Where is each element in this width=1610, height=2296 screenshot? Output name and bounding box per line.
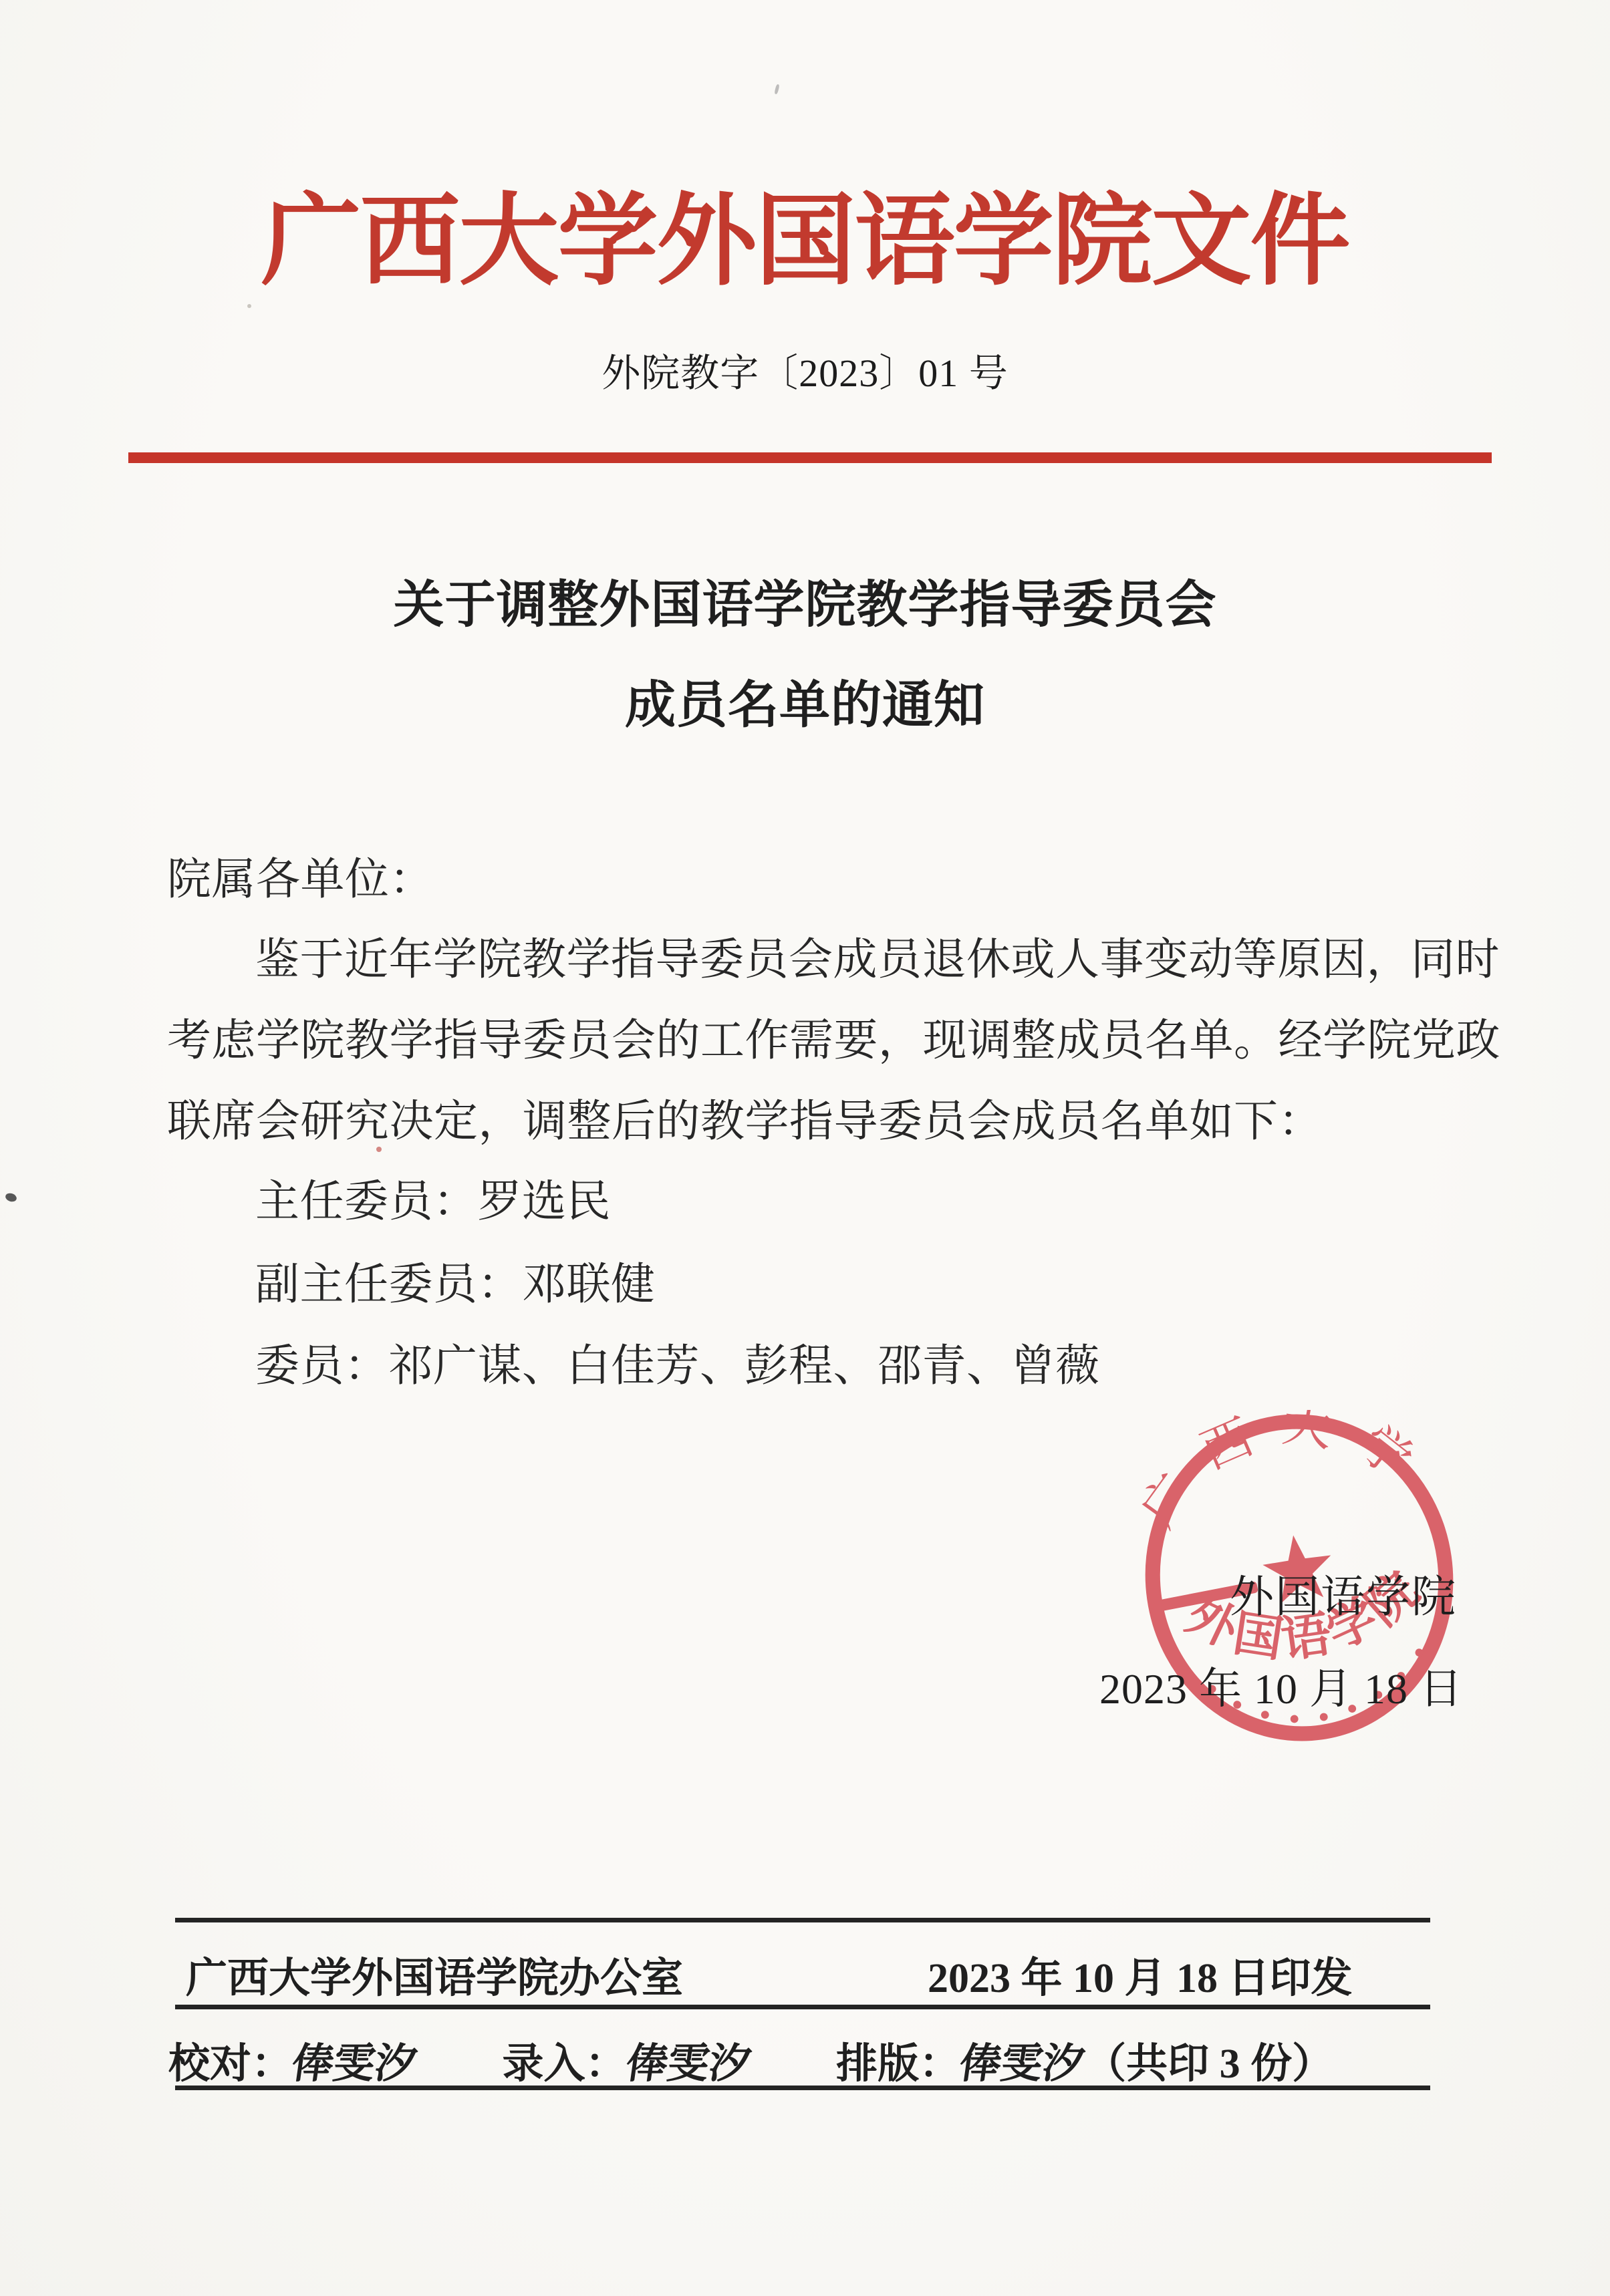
body-line: 联席会研究决定，调整后的教学指导委员会成员名单如下： xyxy=(167,1097,1323,1147)
scan-speck xyxy=(247,304,251,308)
footer-copies: （共印 3 份） xyxy=(1085,2030,1333,2090)
footer-proofreader-label: 校对： xyxy=(168,2041,293,2087)
footer-layout-name: 俸雯汐 xyxy=(956,2030,1089,2090)
footer-proofreader: 校对：俸雯汐 xyxy=(168,2030,417,2090)
member-line-vice-chair: 副主任委员：邓联健 xyxy=(255,1260,656,1310)
notice-title-line1: 关于调整外国语学院教学指导委员会 xyxy=(0,577,1610,633)
footer-proofreader-name: 俸雯汐 xyxy=(289,2030,422,2090)
scan-speck xyxy=(5,1192,18,1203)
footer-rule-middle xyxy=(175,2005,1430,2009)
document-page: 广西大学外国语学院文件 外院教字〔2023〕01 号 关于调整外国语学院教学指导… xyxy=(0,0,1610,2296)
scan-speck xyxy=(774,84,779,95)
footer-staff-row: 校对：俸雯汐 录入：俸雯汐 排版：俸雯汐（共印 3 份） xyxy=(168,2030,1333,2090)
member-line-members: 委员：祁广谋、白佳芳、彭程、邵青、曾薇 xyxy=(255,1342,1100,1391)
salutation: 院属各单位： xyxy=(167,855,434,905)
footer-typist: 录入：俸雯汐 xyxy=(503,2030,751,2090)
document-number: 外院教字〔2023〕01 号 xyxy=(0,350,1610,397)
body-line: 鉴于近年学院教学指导委员会成员退休或人事变动等原因，同时 xyxy=(255,936,1500,985)
footer-print-date: 2023 年 10 月 18 日印发 xyxy=(928,1945,1353,2004)
footer-layout: 排版：俸雯汐（共印 3 份） xyxy=(836,2030,1333,2090)
letterhead-red-rule xyxy=(128,452,1492,463)
member-line-chair: 主任委员：罗选民 xyxy=(255,1177,611,1227)
scan-speck xyxy=(376,1147,382,1152)
footer-rule-top xyxy=(175,1918,1430,1922)
footer-typist-name: 俸雯汐 xyxy=(622,2030,755,2090)
seal-arc-top-text: 广西大学 xyxy=(1135,1410,1446,1542)
signoff-org: 外国语学院 xyxy=(1230,1561,1457,1624)
notice-title-line2: 成员名单的通知 xyxy=(0,678,1610,734)
signoff-date: 2023 年 10 月 18 日 xyxy=(1099,1655,1463,1716)
footer-layout-label: 排版： xyxy=(836,2041,960,2087)
footer-office: 广西大学外国语学院办公室 xyxy=(186,1945,683,2004)
letterhead-title: 广西大学外国语学院文件 xyxy=(0,188,1610,295)
body-line: 考虑学院教学指导委员会的工作需要，现调整成员名单。经学院党政 xyxy=(167,1016,1500,1066)
footer-rule-bottom xyxy=(175,2086,1430,2090)
footer-typist-label: 录入： xyxy=(503,2041,627,2087)
